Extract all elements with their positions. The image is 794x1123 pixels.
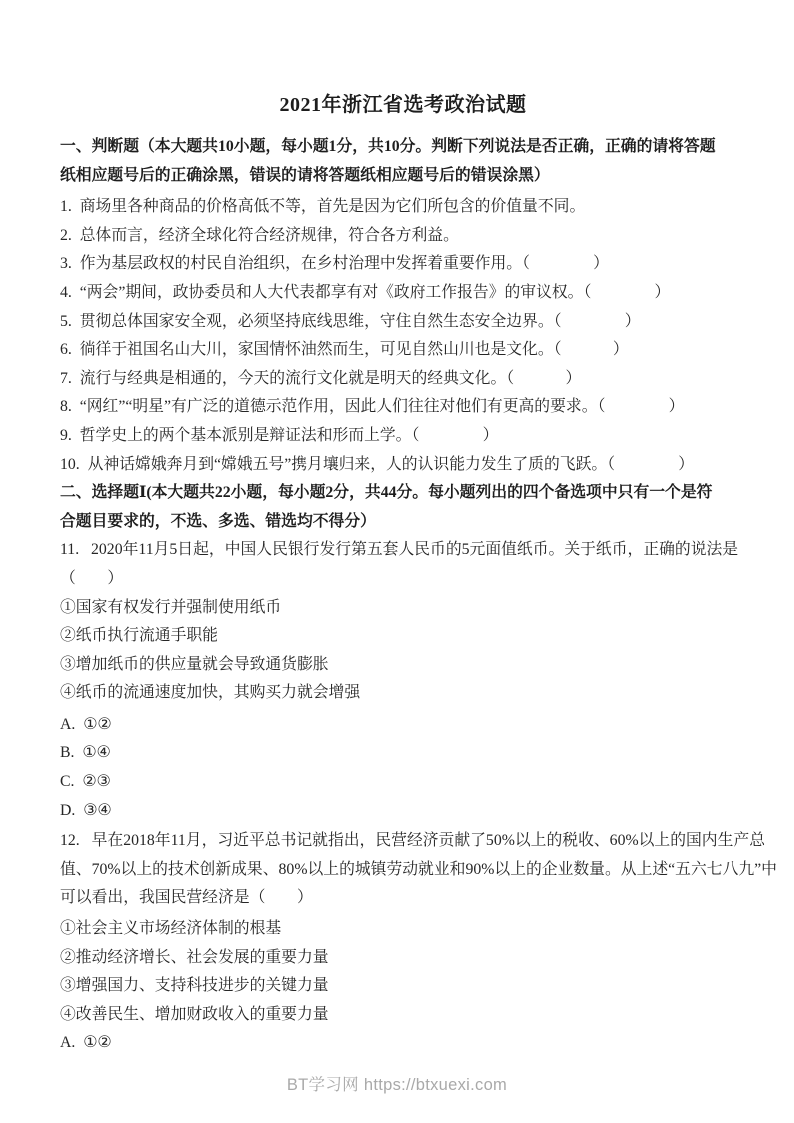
question-3: 3. 作为基层政权的村民自治组织，在乡村治理中发挥着重要作用。（ ） <box>60 250 746 279</box>
question-11: 11. 2020年11月5日起，中国人民银行发行第五套人民币的5元面值纸币。关于… <box>60 536 746 825</box>
question-12-stem-line-3: 可以看出，我国民营经济是（ ） <box>60 884 746 913</box>
question-11-choice-d: D. ③④ <box>60 797 746 826</box>
section-1-heading-line-2: 纸相应题号后的正确涂黑，错误的请将答题纸相应题号后的错误涂黑） <box>60 162 746 191</box>
question-11-stem-line-1: 11. 2020年11月5日起，中国人民银行发行第五套人民币的5元面值纸币。关于… <box>60 536 746 565</box>
question-12: 12. 早在2018年11月，习近平总书记就指出，民营经济贡献了50%以上的税收… <box>60 827 746 1058</box>
question-11-choice-b: B. ①④ <box>60 739 746 768</box>
watermark-site-link: BT学习网 https://btxuexi.com <box>0 1075 794 1095</box>
question-9: 9. 哲学史上的两个基本派别是辩证法和形而上学。（ ） <box>60 422 746 451</box>
question-1: 1. 商场里各种商品的价格高低不等，首先是因为它们所包含的价值量不同。 <box>60 193 746 222</box>
section-choice-questions: 二、选择题Ⅰ(本大题共22小题，每小题2分，共44分。每小题列出的四个备选项中只… <box>60 479 746 1058</box>
question-10: 10. 从神话嫦娥奔月到“嫦娥五号”携月壤归来，人的认识能力发生了质的飞跃。（ … <box>60 451 746 480</box>
question-11-option-4: ④纸币的流通速度加快，其购买力就会增强 <box>60 679 746 708</box>
exam-document-page: 2021年浙江省选考政治试题 一、判断题（本大题共10小题，每小题1分，共10分… <box>0 0 794 1123</box>
question-11-choice-a: A. ①② <box>60 711 746 740</box>
question-12-option-3: ③增强国力、支持科技进步的关键力量 <box>60 972 746 1001</box>
question-8: 8. “网红”“明星”有广泛的道德示范作用，因此人们往往对他们有更高的要求。（ … <box>60 393 746 422</box>
question-12-option-1: ①社会主义市场经济体制的根基 <box>60 915 746 944</box>
section-2-heading-line-2: 合题目要求的，不选、多选、错选均不得分） <box>60 508 746 537</box>
question-6: 6. 徜徉于祖国名山大川，家国情怀油然而生，可见自然山川也是文化。（ ） <box>60 336 746 365</box>
section-judgment-questions: 一、判断题（本大题共10小题，每小题1分，共10分。判断下列说法是否正确，正确的… <box>60 133 746 479</box>
question-7: 7. 流行与经典是相通的，今天的流行文化就是明天的经典文化。（ ） <box>60 365 746 394</box>
question-12-stem-line-1: 12. 早在2018年11月，习近平总书记就指出，民营经济贡献了50%以上的税收… <box>60 827 746 856</box>
question-11-option-1: ①国家有权发行并强制使用纸币 <box>60 594 746 623</box>
question-11-option-2: ②纸币执行流通手职能 <box>60 622 746 651</box>
question-2: 2. 总体而言，经济全球化符合经济规律，符合各方利益。 <box>60 222 746 251</box>
section-2-heading-line-1: 二、选择题Ⅰ(本大题共22小题，每小题2分，共44分。每小题列出的四个备选项中只… <box>60 479 746 508</box>
question-12-option-2: ②推动经济增长、社会发展的重要力量 <box>60 944 746 973</box>
question-12-stem-line-2: 值、70%以上的技术创新成果、80%以上的城镇劳动就业和90%以上的企业数量。从… <box>60 856 746 885</box>
question-12-option-4: ④改善民生、增加财政收入的重要力量 <box>60 1001 746 1030</box>
question-11-stem-line-2: （ ） <box>60 565 746 594</box>
page-content: 2021年浙江省选考政治试题 一、判断题（本大题共10小题，每小题1分，共10分… <box>0 0 794 1058</box>
question-4: 4. “两会”期间，政协委员和人大代表都享有对《政府工作报告》的审议权。（ ） <box>60 279 746 308</box>
section-1-heading-line-1: 一、判断题（本大题共10小题，每小题1分，共10分。判断下列说法是否正确，正确的… <box>60 133 746 162</box>
question-12-choice-a: A. ①② <box>60 1029 746 1058</box>
document-title: 2021年浙江省选考政治试题 <box>60 90 746 120</box>
question-11-option-3: ③增加纸币的供应量就会导致通货膨胀 <box>60 651 746 680</box>
question-5: 5. 贯彻总体国家安全观，必须坚持底线思维，守住自然生态安全边界。（ ） <box>60 308 746 337</box>
question-11-choice-c: C. ②③ <box>60 768 746 797</box>
